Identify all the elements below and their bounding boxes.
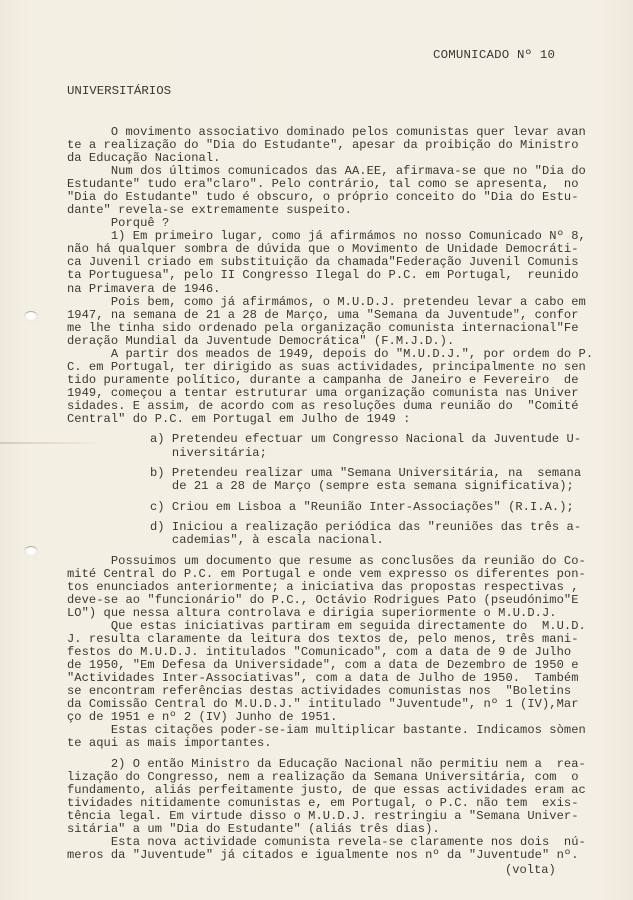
text-line: Estas citações poder-se-iam multiplicar … (67, 723, 586, 737)
text-line: cademias", à escala nacional. (150, 533, 384, 547)
text-line: b) Pretendeu realizar uma "Semana Univer… (150, 466, 581, 480)
text-line: 2) O então Ministro da Educação Nacional… (67, 757, 586, 771)
text-line: d) Iniciou a realização periódica das "r… (150, 520, 581, 534)
text-line: Esta nova actividade comunista revela-se… (67, 835, 586, 849)
text-line: da Educação Nacional. (67, 151, 220, 165)
text-line: niversitária; (150, 446, 267, 460)
text-line: fundamento, aliás perfeitamente justo, d… (67, 783, 586, 797)
text-line: "Actividades Inter-Associativas", com a … (67, 671, 579, 685)
text-line: O movimento associativo dominado pelos c… (67, 125, 586, 139)
text-line: tos enunciados anteriormente; a iniciati… (67, 580, 579, 594)
text-line: 1947, na semana de 21 a 28 de Março, uma… (67, 308, 579, 322)
text-line: Num dos últimos comunicados das AA.EE, a… (67, 164, 586, 178)
text-line: não há qualquer sombra de dúvida que o M… (67, 242, 579, 256)
text-line: me lhe tinha sido ordenado pela organiza… (67, 321, 579, 335)
text-line: LO") que nessa altura controlava e dirig… (67, 606, 557, 620)
text-line: A partir dos meados de 1949, depois do "… (67, 347, 593, 361)
document-page: COMUNICADO Nº 10 UNIVERSITÁRIOS O movime… (0, 0, 633, 900)
text-line: Pois bem, como já afirmámos, o M.U.D.J. … (67, 295, 586, 309)
text-line: de 21 a 28 de Março (sempre esta semana … (150, 479, 574, 493)
text-line: dante" revela-se extremamente suspeito. (67, 203, 352, 217)
text-line: festos do M.U.D.J. intitulados "Comunica… (67, 645, 571, 659)
text-line: deve-se ao "funcionário" do P.C., Octávi… (67, 593, 579, 607)
section-title: UNIVERSITÁRIOS (67, 84, 171, 98)
paper-fold-crease (0, 442, 100, 444)
text-line: te a realização do "Dia do Estudante", a… (67, 138, 579, 152)
text-line: da Comissão Central do M.U.D.J." intitul… (67, 697, 579, 711)
text-line: sitária" a um "Dia do Estudante" (aliás … (67, 822, 440, 836)
text-line: Central" do P.C. em Portugal em Julho de… (67, 412, 410, 426)
text-line: 1949, começou a tentar estruturar uma or… (67, 386, 579, 400)
text-line: ço de 1951 e nº 2 (IV) Junho de 1951. (67, 710, 337, 724)
communique-number: COMUNICADO Nº 10 (433, 48, 555, 62)
text-line: te aqui as mais importantes. (67, 736, 272, 750)
text-line: lização do Congresso, nem a realização d… (67, 770, 579, 784)
text-line: deração Mundial da Juventude Democrática… (67, 334, 454, 348)
text-line: na Primavera de 1946. (67, 282, 220, 296)
text-line: tividades nitidamente comunistas e, em P… (67, 796, 579, 810)
punch-hole-bottom (24, 546, 38, 557)
text-line: "Dia do Estudante" tudo é obscuro, o pró… (67, 190, 579, 204)
text-line: C. em Portugal, ter dirigido as suas act… (67, 360, 586, 374)
text-line: 1) Em primeiro lugar, como já afirmámos … (67, 229, 586, 243)
text-line: c) Criou em Lisboa a "Reunião Inter-Asso… (150, 500, 574, 514)
text-line: tido puramente político, durante a campa… (67, 373, 579, 387)
text-line: tência legal. Em virtude disso o M.U.D.J… (67, 809, 579, 823)
text-line: de 1950, "Em Defesa da Universidade", co… (67, 658, 579, 672)
punch-hole-top (24, 311, 38, 322)
text-line: mité Central do P.C. em Portugal e onde … (67, 567, 586, 581)
text-line: Possuimos um documento que resume as con… (67, 554, 586, 568)
text-line: meros da "Juventude" já citados e igualm… (67, 848, 579, 862)
text-line: J. resulta claramente da leitura dos tex… (67, 632, 579, 646)
text-line: ta Portuguesa", pelo II Congresso Ilegal… (67, 268, 579, 282)
text-line: Que estas iniciativas partiram em seguid… (67, 619, 586, 633)
continuation-note: (volta) (505, 863, 556, 877)
text-line: sidades. E assim, de acordo com as resol… (67, 399, 579, 413)
text-line: Porquê ? (67, 216, 169, 230)
text-line: Estudante" tudo era"claro". Pelo contrár… (67, 177, 579, 191)
text-line: se encontram referências destas activida… (67, 684, 571, 698)
text-line: a) Pretendeu efectuar um Congresso Nacio… (150, 432, 581, 446)
text-line: ca Juvenil criado em substituição da cha… (67, 255, 579, 269)
